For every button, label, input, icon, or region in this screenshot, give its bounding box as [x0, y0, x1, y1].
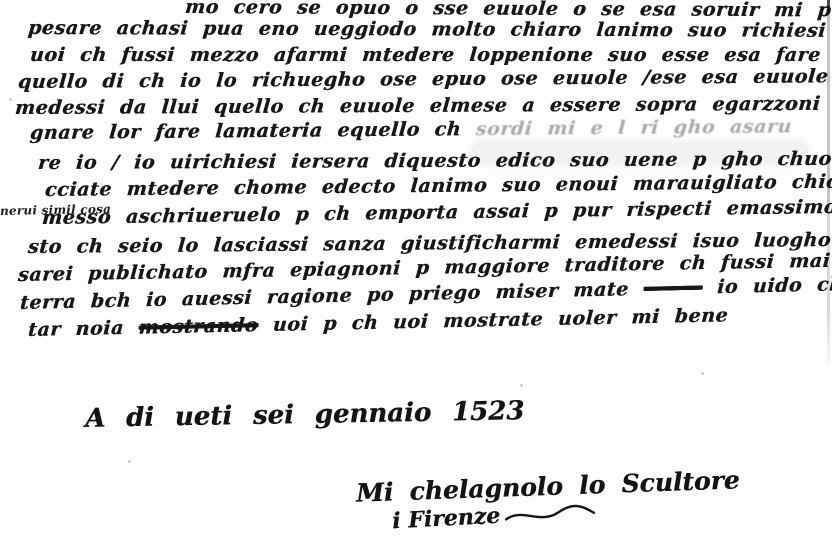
manuscript-line-02: pesare achasi pua eno ueggiodo molto chi…: [27, 15, 832, 44]
date-line: A di ueti sei gennaio 1523: [85, 396, 525, 434]
line-13-text: tar noia: [27, 317, 124, 341]
dust-speck: [128, 460, 131, 463]
pen-flourish-icon: [504, 502, 597, 527]
dust-speck: [701, 372, 704, 375]
line-12-struck-scribble: ———: [643, 276, 703, 299]
signature-place-text: i Firenze: [391, 503, 500, 535]
dust-speck: [520, 384, 523, 387]
line-06-text: gnare lor fare lamateria equello ch: [29, 118, 462, 144]
manuscript-line-04: quello di ch io lo richuegho ose epuo os…: [17, 62, 832, 95]
line-12-text-after: io uido cho sicu: [716, 272, 832, 299]
manuscript-page: mo cero se opuo o sse euuole o se esa so…: [0, 0, 832, 545]
line-06-faded-text: sordi mi e l ri gho asaru: [475, 115, 793, 140]
dust-speck: [9, 98, 12, 101]
line-13-struck-word: mostrando: [138, 314, 259, 339]
line-13-text-after: uoi p ch uoi mostrate uoler mi bene: [272, 304, 729, 336]
